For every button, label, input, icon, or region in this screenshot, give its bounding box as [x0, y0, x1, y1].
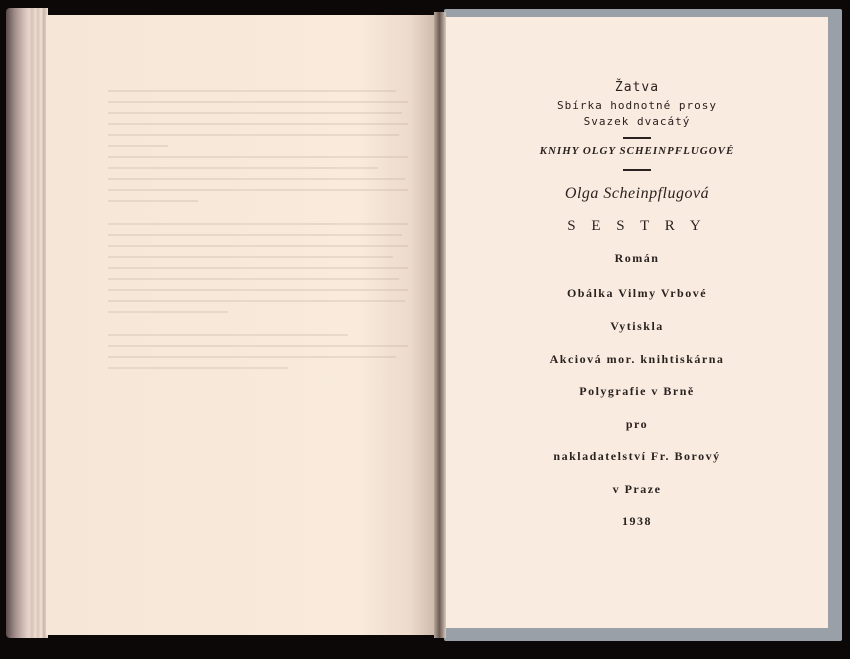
series-volume: Svazek dvacátý	[446, 115, 828, 128]
book-gutter	[434, 12, 446, 638]
publisher-place: v Praze	[446, 482, 828, 497]
printer-name: Akciová mor. knihtiskárna	[446, 352, 828, 367]
publisher-name: nakladatelství Fr. Borový	[446, 449, 828, 464]
page-edges	[6, 8, 48, 638]
series-name: Žatva	[446, 80, 828, 95]
series-subtitle: Sbírka hodnotné prosy	[446, 99, 828, 112]
printed-label: Vytiskla	[446, 319, 828, 334]
printer-place: Polygrafie v Brně	[446, 384, 828, 399]
publication-year: 1938	[446, 514, 828, 529]
for-label: pro	[446, 417, 828, 432]
book-title: S E S T R Y	[446, 218, 828, 235]
collection-title: KNIHY OLGY SCHEINPFLUGOVÉ	[446, 145, 828, 157]
left-page	[46, 15, 438, 635]
rule-top	[623, 137, 651, 139]
show-through-text	[108, 90, 408, 378]
genre: Román	[446, 251, 828, 266]
cover-credit: Obálka Vilmy Vrbové	[446, 286, 828, 301]
title-page: Žatva Sbírka hodnotné prosy Svazek dvacá…	[446, 17, 828, 628]
author-name: Olga Scheinpflugová	[446, 185, 828, 203]
rule-bottom	[623, 169, 651, 171]
